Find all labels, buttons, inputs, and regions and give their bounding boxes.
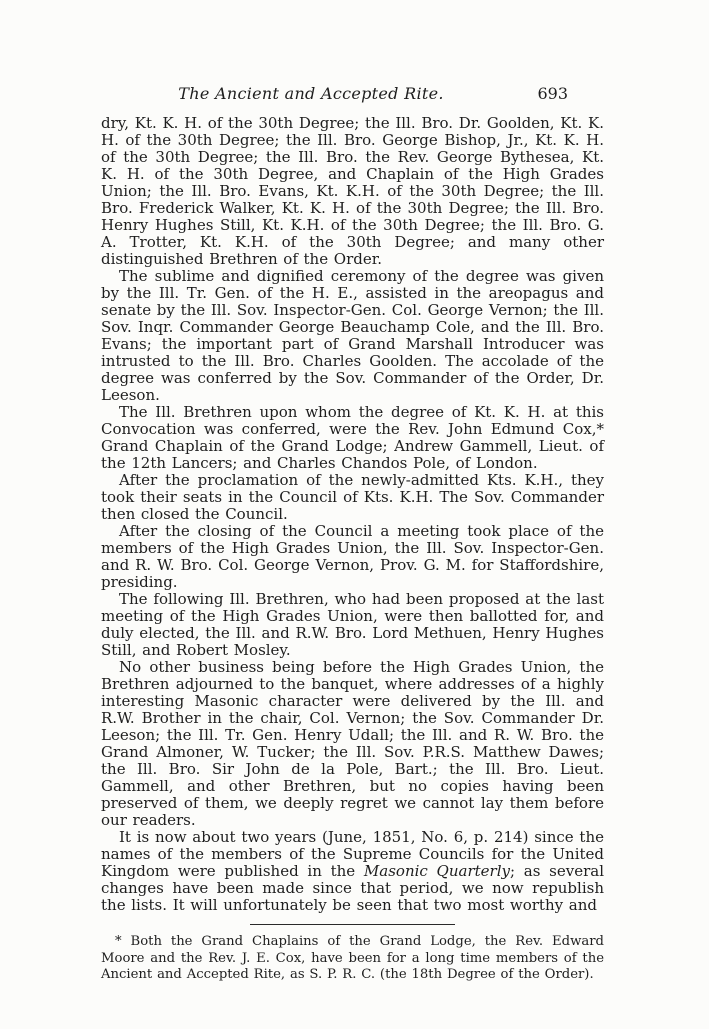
paragraph: dry, Kt. K. H. of the 30th Degree; the I… (101, 115, 604, 268)
paragraph: It is now about two years (June, 1851, N… (101, 829, 604, 914)
paragraph: The sublime and dignified ceremony of th… (101, 268, 604, 404)
footnote: * Both the Grand Chaplains of the Grand … (101, 934, 604, 984)
paragraph: No other business being before the High … (101, 659, 604, 829)
text-run: No other business being before the High … (101, 658, 604, 829)
paragraph: The following Ill. Brethren, who had bee… (101, 591, 604, 659)
paragraph: After the proclamation of the newly-admi… (101, 472, 604, 523)
text-run: dry, Kt. K. H. of the 30th Degree; the I… (101, 114, 604, 268)
text-block: The Ancient and Accepted Rite. 693 dry, … (101, 84, 604, 984)
page-body: dry, Kt. K. H. of the 30th Degree; the I… (101, 115, 604, 914)
paragraph: After the closing of the Council a meeti… (101, 523, 604, 591)
document-page: The Ancient and Accepted Rite. 693 dry, … (0, 0, 709, 1029)
italic-phrase: Masonic Quarterly (364, 862, 510, 880)
text-run: The Ill. Brethren upon whom the degree o… (101, 403, 604, 472)
text-run: The sublime and dignified ceremony of th… (101, 267, 604, 404)
running-head: The Ancient and Accepted Rite. 693 (101, 84, 604, 102)
footnote-divider (250, 924, 455, 925)
text-run: After the closing of the Council a meeti… (101, 522, 604, 591)
paragraph: The Ill. Brethren upon whom the degree o… (101, 404, 604, 472)
text-run: After the proclamation of the newly-admi… (101, 471, 604, 523)
page-number: 693 (537, 84, 568, 103)
text-run: The following Ill. Brethren, who had bee… (101, 590, 604, 659)
running-title: The Ancient and Accepted Rite. (101, 84, 521, 103)
